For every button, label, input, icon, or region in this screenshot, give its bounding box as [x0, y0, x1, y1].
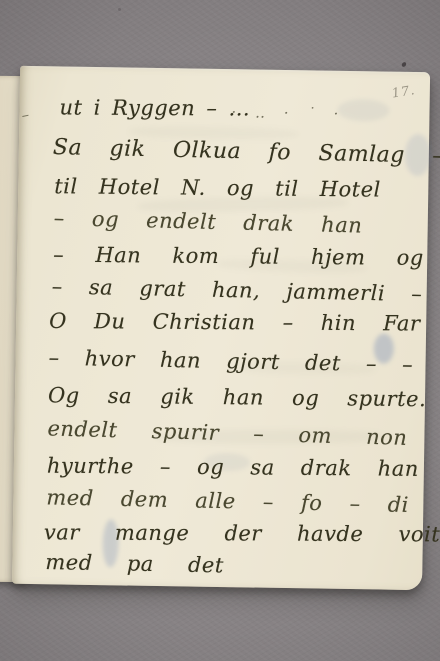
handwriting-line: til Hotel N. og til Hotel — [54, 174, 381, 201]
handwriting-line: var mange der havde voit — [44, 520, 440, 546]
dust-speck — [118, 8, 121, 11]
handwriting-line: – hvor han gjort det – – — [48, 346, 413, 377]
handwriting-line: hyurthe – og sa drak han — [47, 454, 419, 481]
handwriting-line: – sa grat han, jammerli – — [51, 274, 422, 306]
handwriting-line: Sa gik Olkua fo Samlag – — [53, 135, 440, 169]
page-number: 17. — [391, 83, 417, 102]
handwriting-line: med pa det — [45, 550, 224, 577]
handwriting-line: endelt spurir – om non — [47, 416, 407, 449]
photo-canvas: 17. – ut i Ryggen – ... · ‥ · ˙ · Sa gik… — [0, 0, 440, 661]
margin-mark: – — [20, 105, 31, 124]
handwriting-line: ut i Ryggen – ... — [59, 95, 250, 120]
handwriting-line: O Du Christian – hin Far — [49, 309, 420, 336]
handwriting-line: med dem alle – fo – di — [46, 485, 409, 517]
handwriting-line: – Han kom ful hjem og — [53, 243, 424, 270]
ink-trail-dots: · ‥ · ˙ · — [231, 103, 345, 123]
handwriting-line: – og endelt drak han — [54, 206, 363, 238]
handwriting-line: Og sa gik han og spurte. — [48, 383, 426, 411]
notebook-page: 17. – ut i Ryggen – ... · ‥ · ˙ · Sa gik… — [12, 66, 430, 590]
